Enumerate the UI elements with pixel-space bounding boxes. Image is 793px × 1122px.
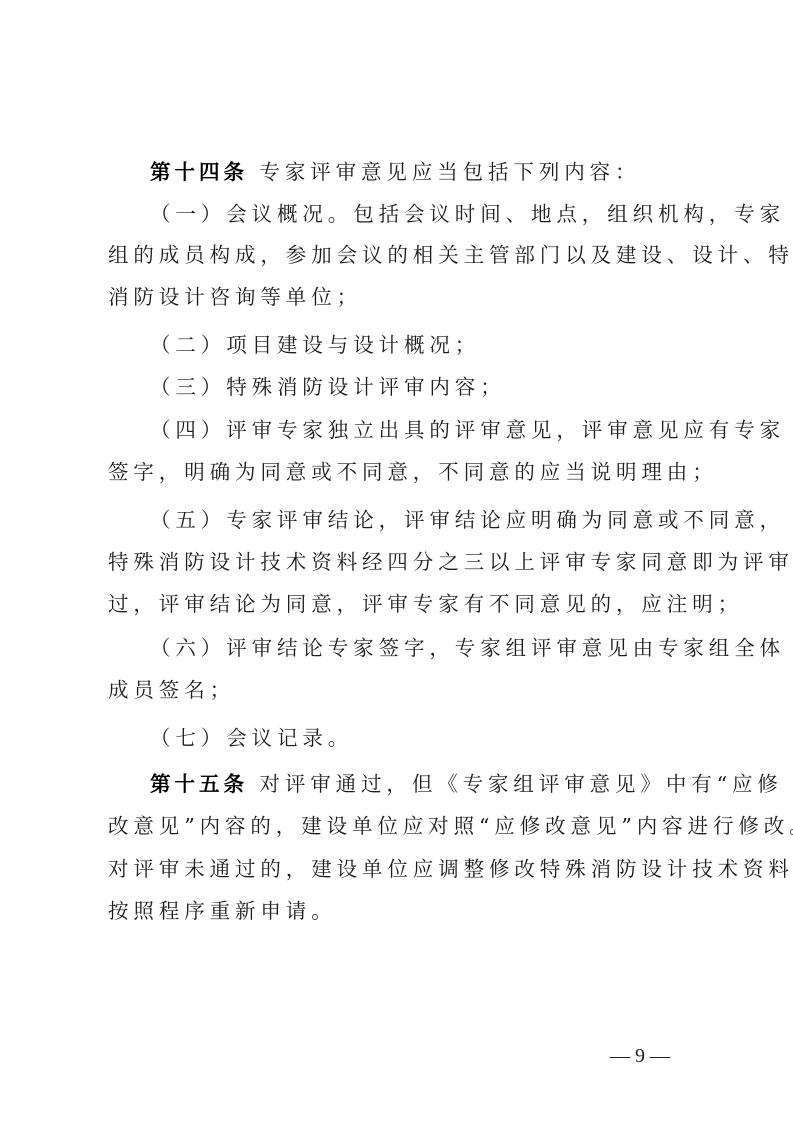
item-4-line-2: 签字，明确为同意或不同意，不同意的应当说明理由； xyxy=(108,457,708,487)
article-15-line-3: 对评审未通过的，建设单位应调整修改特殊消防设计技术资料， xyxy=(108,854,708,884)
item-1-line-2: 组的成员构成，参加会议的相关主管部门以及建设、设计、特殊 xyxy=(108,240,708,270)
article-15-line-2: 改意见”内容的，建设单位应对照“应修改意见”内容进行修改。 xyxy=(108,811,708,841)
article-15-label: 第十五条 xyxy=(150,772,248,796)
item-5-line-1: （五）专家评审结论，评审结论应明确为同意或不同意， xyxy=(150,505,750,535)
item-5-line-2: 特殊消防设计技术资料经四分之三以上评审专家同意即为评审通 xyxy=(108,547,708,577)
item-5-line-3: 过，评审结论为同意，评审专家有不同意见的，应注明； xyxy=(108,589,708,619)
article-15-text: 对评审通过，但《专家组评审意见》中有“应修 xyxy=(248,772,783,796)
item-2: （二）项目建设与设计概况； xyxy=(150,330,750,360)
article-15-line-4: 按照程序重新申请。 xyxy=(108,896,708,926)
item-3: （三）特殊消防设计评审内容； xyxy=(150,372,750,402)
article-14-text: 专家评审意见应当包括下列内容： xyxy=(248,160,640,184)
article-14-heading: 第十四条 专家评审意见应当包括下列内容： xyxy=(150,157,750,187)
item-4-line-1: （四）评审专家独立出具的评审意见，评审意见应有专家 xyxy=(150,415,750,445)
item-1-line-1: （一）会议概况。包括会议时间、地点，组织机构，专家 xyxy=(150,199,750,229)
item-6-line-1: （六）评审结论专家签字，专家组评审意见由专家组全体 xyxy=(150,633,750,663)
document-page: 第十四条 专家评审意见应当包括下列内容： （一）会议概况。包括会议时间、地点，组… xyxy=(0,0,793,1122)
page-number: — 9 — xyxy=(610,1043,670,1069)
item-6-line-2: 成员签名； xyxy=(108,675,708,705)
article-15-heading: 第十五条 对评审通过，但《专家组评审意见》中有“应修 xyxy=(150,769,750,799)
article-14-label: 第十四条 xyxy=(150,160,248,184)
item-1-line-3: 消防设计咨询等单位； xyxy=(108,282,708,312)
item-7: （七）会议记录。 xyxy=(150,723,750,753)
